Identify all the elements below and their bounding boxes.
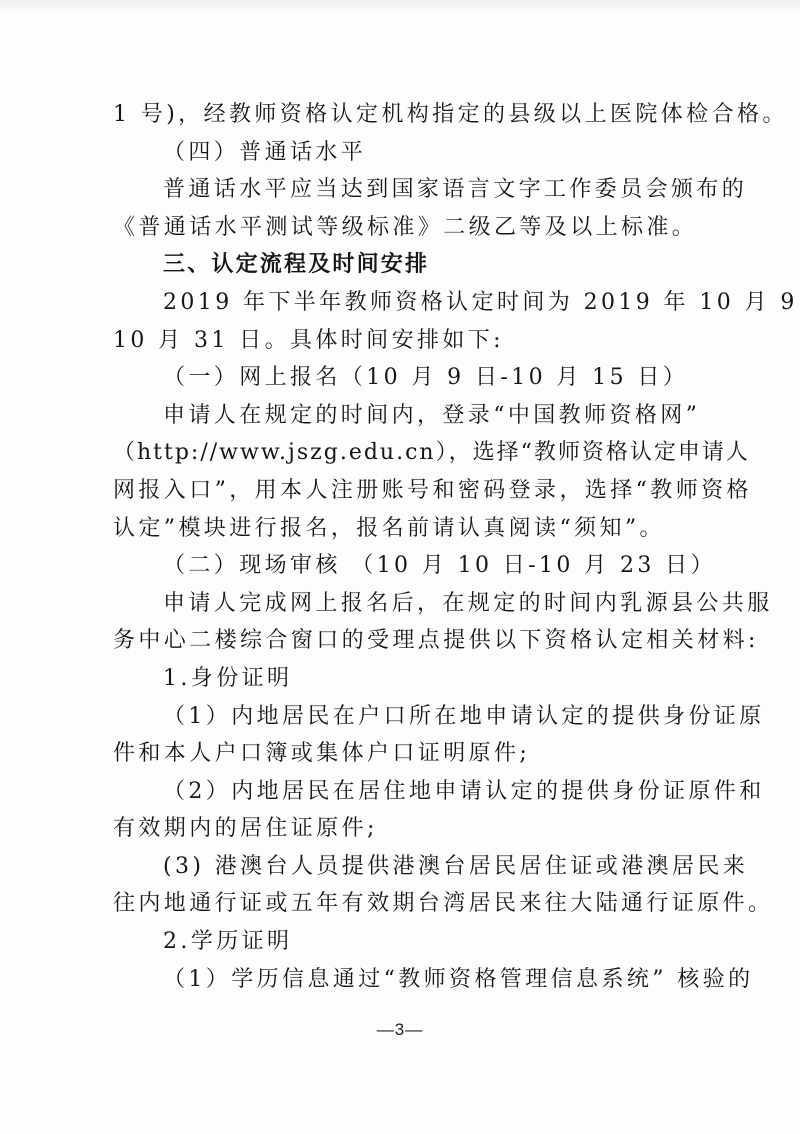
scan-edge-shadow xyxy=(0,0,800,14)
text-line: 2019 年下半年教师资格认定时间为 2019 年 10 月 9 日至 xyxy=(113,284,693,322)
text-line: 申请人完成网上报名后，在规定的时间内乳源县公共服 xyxy=(113,585,693,623)
text-line: 普通话水平应当达到国家语言文字工作委员会颁布的 xyxy=(113,171,693,209)
text-line: (3) 港澳台人员提供港澳台居民居住证或港澳居民来 xyxy=(113,848,693,886)
text-line: 网报入口”，用本人注册账号和密码登录，选择“教师资格 xyxy=(113,472,693,510)
item-heading-identity-proof: 1.身份证明 xyxy=(113,660,693,698)
section-heading-putonghua: （四）普通话水平 xyxy=(113,134,693,172)
section-heading-procedure: 三、认定流程及时间安排 xyxy=(113,246,693,284)
text-line: 申请人在规定的时间内，登录“中国教师资格网” xyxy=(113,397,693,435)
document-body: 1 号)，经教师资格认定机构指定的县级以上医院体检合格。 （四）普通话水平 普通… xyxy=(113,96,693,998)
text-line: （1）学历信息通过“教师资格管理信息系统” 核验的 xyxy=(113,961,693,999)
text-line: 务中心二楼综合窗口的受理点提供以下资格认定相关材料: xyxy=(113,622,693,660)
subsection-heading-onsite-review: （二）现场审核 （10 月 10 日-10 月 23 日） xyxy=(113,547,693,585)
item-heading-education-proof: 2.学历证明 xyxy=(113,923,693,961)
text-line: 往内地通行证或五年有效期台湾居民来往大陆通行证原件。 xyxy=(113,885,693,923)
text-line: 10 月 31 日。具体时间安排如下: xyxy=(113,322,693,360)
document-page: 1 号)，经教师资格认定机构指定的县级以上医院体检合格。 （四）普通话水平 普通… xyxy=(0,0,800,1134)
text-line: （2）内地居民在居住地申请认定的提供身份证原件和 xyxy=(113,773,693,811)
subsection-heading-online-registration: （一）网上报名（10 月 9 日-10 月 15 日） xyxy=(113,359,693,397)
text-line: 1 号)，经教师资格认定机构指定的县级以上医院体检合格。 xyxy=(113,96,693,134)
page-number: —3— xyxy=(0,1020,800,1040)
text-line: 《普通话水平测试等级标准》二级乙等及以上标准。 xyxy=(113,209,693,247)
text-line: （1）内地居民在户口所在地申请认定的提供身份证原 xyxy=(113,698,693,736)
text-line: 有效期内的居住证原件; xyxy=(113,810,693,848)
text-line-url: （http://www.jszg.edu.cn），选择“教师资格认定申请人 xyxy=(113,434,693,472)
text-line: 件和本人户口簿或集体户口证明原件; xyxy=(113,735,693,773)
text-line: 认定”模块进行报名，报名前请认真阅读“须知”。 xyxy=(113,510,693,548)
